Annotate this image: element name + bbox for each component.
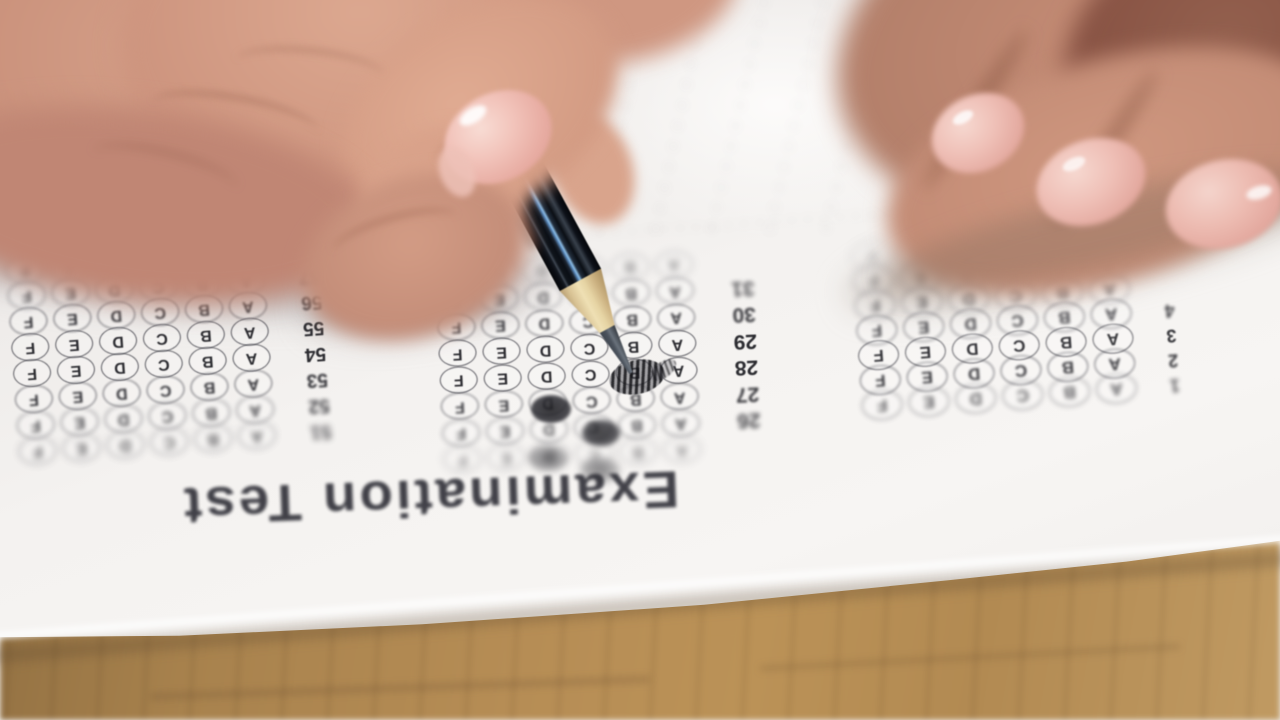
right-hand-resting — [0, 0, 1280, 720]
photo-exam-sheet-scene: Examination Test 51ABCDEF52ABCDEF53ABCDE… — [0, 0, 1280, 720]
